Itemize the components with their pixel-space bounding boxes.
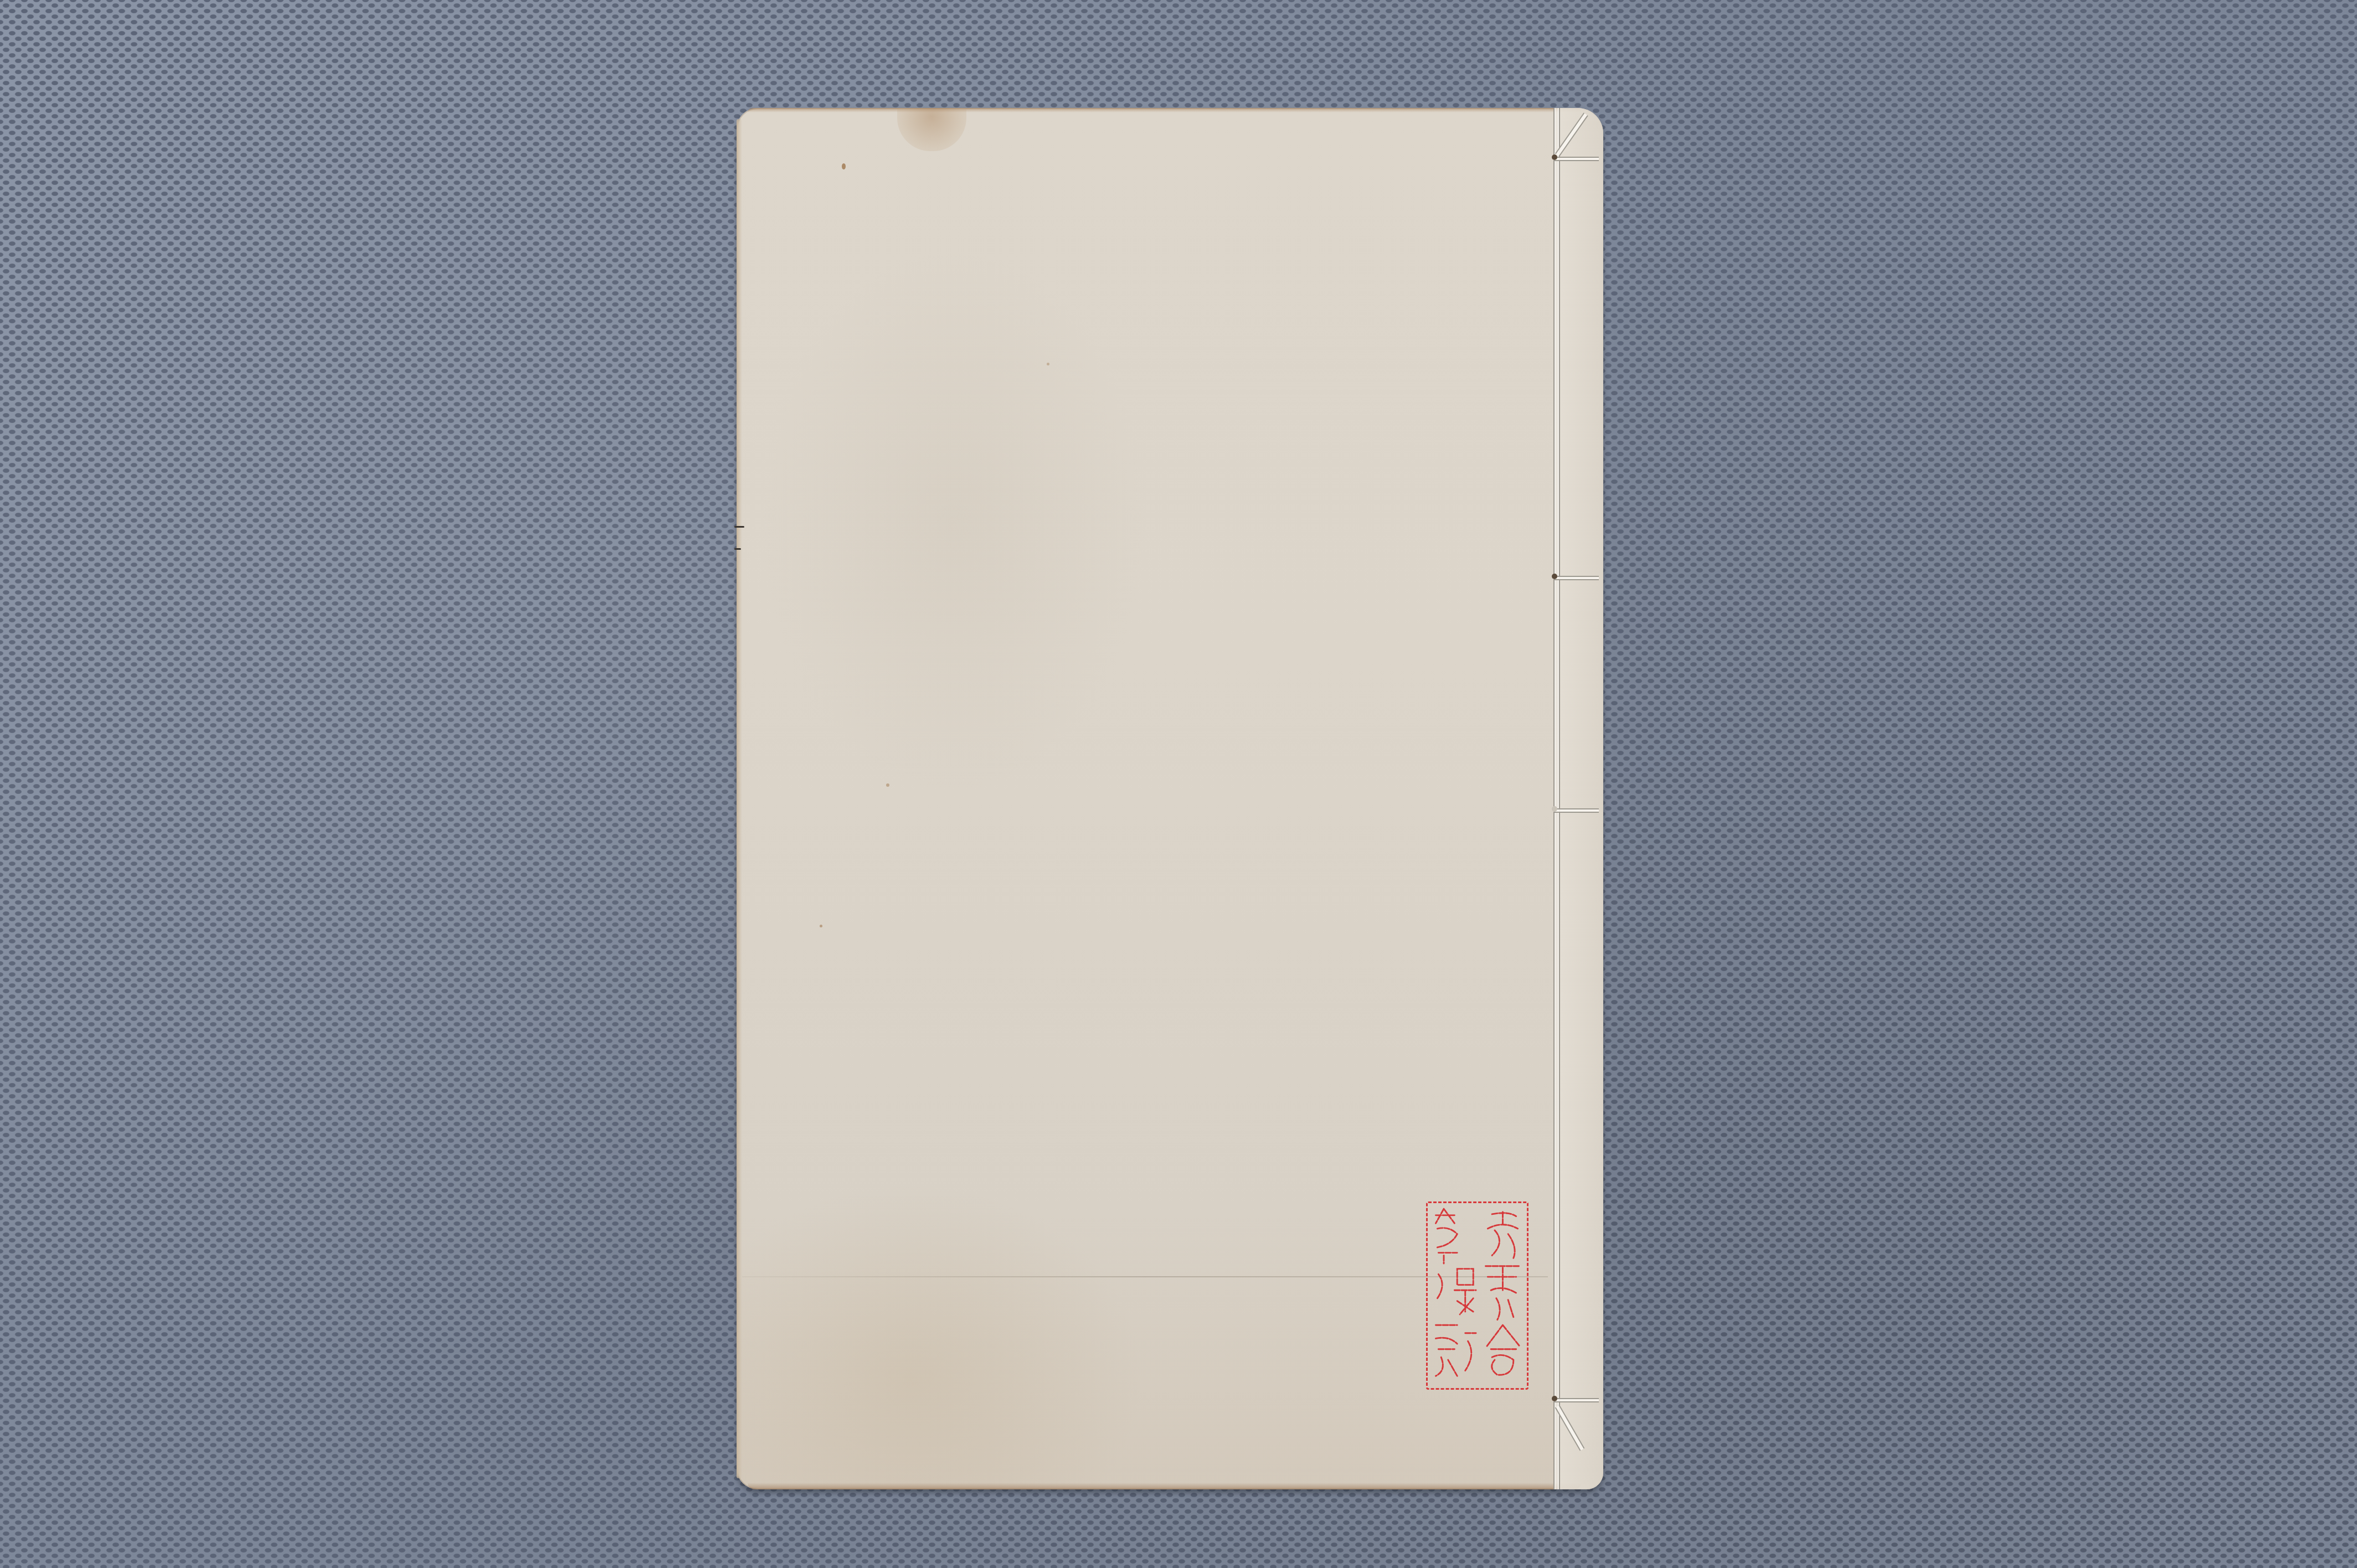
binding-thread — [1553, 108, 1560, 1489]
stitch-hole — [1552, 806, 1557, 812]
top-edge-wear — [748, 108, 1581, 112]
bottom-edge-wear — [748, 1483, 1581, 1489]
stain-spot — [842, 163, 846, 169]
stitch-hole — [1552, 154, 1557, 160]
stain-spot — [1047, 363, 1049, 365]
binding-stitch — [1553, 808, 1599, 813]
stain-spot — [734, 526, 744, 528]
binding-stitch — [1553, 157, 1599, 161]
stain-spot — [886, 783, 889, 787]
seal-script-glyphs — [1428, 1203, 1527, 1388]
photo-scene — [0, 0, 2357, 1568]
page-edge-left — [737, 119, 742, 1478]
binding-stitch — [1553, 1398, 1599, 1402]
stain-spot — [734, 548, 741, 550]
water-stain — [897, 108, 966, 151]
stitch-hole — [1552, 1396, 1557, 1401]
binding-stitch — [1553, 576, 1599, 580]
stitch-hole — [1552, 574, 1557, 579]
red-seal-stamp — [1426, 1201, 1529, 1390]
spine-strip — [1560, 108, 1603, 1489]
book-back-cover — [737, 108, 1603, 1489]
stain-spot — [820, 925, 822, 927]
